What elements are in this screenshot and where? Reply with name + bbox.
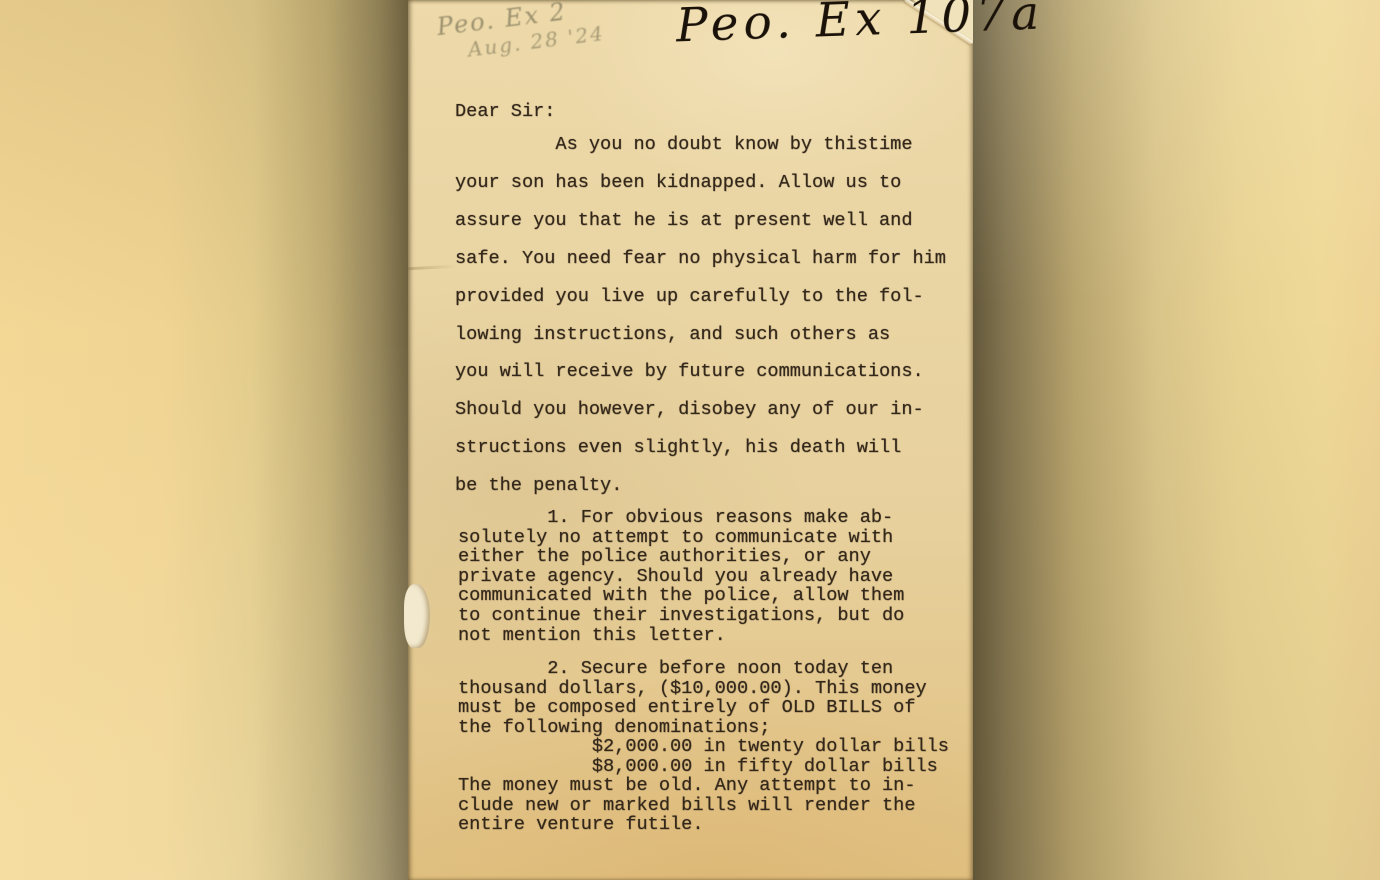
- letter-line: clude new or marked bills will render th…: [458, 796, 949, 816]
- blurred-backdrop-left: [0, 0, 408, 880]
- letter-instruction-2-paragraph: 2. Secure before noon today tenthousand …: [458, 659, 949, 835]
- letter-line: communicated with the police, allow them: [458, 586, 904, 606]
- letter-line: entire venture futile.: [458, 815, 949, 835]
- letter-line: you will receive by future communication…: [455, 353, 946, 391]
- page-background: Peo. Ex 2 Aug. 28 '24 Peo. Ex 107a Dear …: [0, 0, 1380, 880]
- letter-line: 2. Secure before noon today ten: [458, 659, 949, 679]
- letter-line: solutely no attempt to communicate with: [458, 528, 904, 548]
- letter-line: The money must be old. Any attempt to in…: [458, 776, 949, 796]
- letter-line: must be composed entirely of OLD BILLS o…: [458, 698, 949, 718]
- paper-tear-notch: [404, 584, 430, 648]
- pencil-exhibit-annotation: Peo. Ex 2 Aug. 28 '24: [435, 0, 606, 66]
- letter-instruction-1-paragraph: 1. For obvious reasons make ab-solutely …: [458, 508, 904, 645]
- letter-line: safe. You need fear no physical harm for…: [455, 240, 946, 278]
- letter-line: not mention this letter.: [458, 626, 904, 646]
- letter-opening-paragraph: As you no doubt know by thistimeyour son…: [455, 126, 946, 505]
- letter-line: $2,000.00 in twenty dollar bills: [458, 737, 949, 757]
- letter-salutation: Dear Sir:: [455, 101, 555, 122]
- letter-line: private agency. Should you already have: [458, 567, 904, 587]
- letter-line: be the penalty.: [455, 467, 946, 505]
- ransom-letter-document: Peo. Ex 2 Aug. 28 '24 Peo. Ex 107a Dear …: [408, 0, 973, 880]
- letter-line: structions even slightly, his death will: [455, 429, 946, 467]
- letter-line: to continue their investigations, but do: [458, 606, 904, 626]
- letter-line: thousand dollars, ($10,000.00). This mon…: [458, 679, 949, 699]
- letter-line: your son has been kidnapped. Allow us to: [455, 164, 946, 202]
- letter-line: As you no doubt know by thistime: [455, 126, 946, 164]
- letter-line: $8,000.00 in fifty dollar bills: [458, 757, 949, 777]
- letter-line: the following denominations;: [458, 718, 949, 738]
- blurred-backdrop-right: [973, 0, 1380, 880]
- letter-line: 1. For obvious reasons make ab-: [458, 508, 904, 528]
- letter-line: assure you that he is at present well an…: [455, 202, 946, 240]
- letter-line: either the police authorities, or any: [458, 547, 904, 567]
- letter-line: Should you however, disobey any of our i…: [455, 391, 946, 429]
- paper-faint-crease: [408, 265, 456, 271]
- letter-line: provided you live up carefully to the fo…: [455, 278, 946, 316]
- letter-line: lowing instructions, and such others as: [455, 316, 946, 354]
